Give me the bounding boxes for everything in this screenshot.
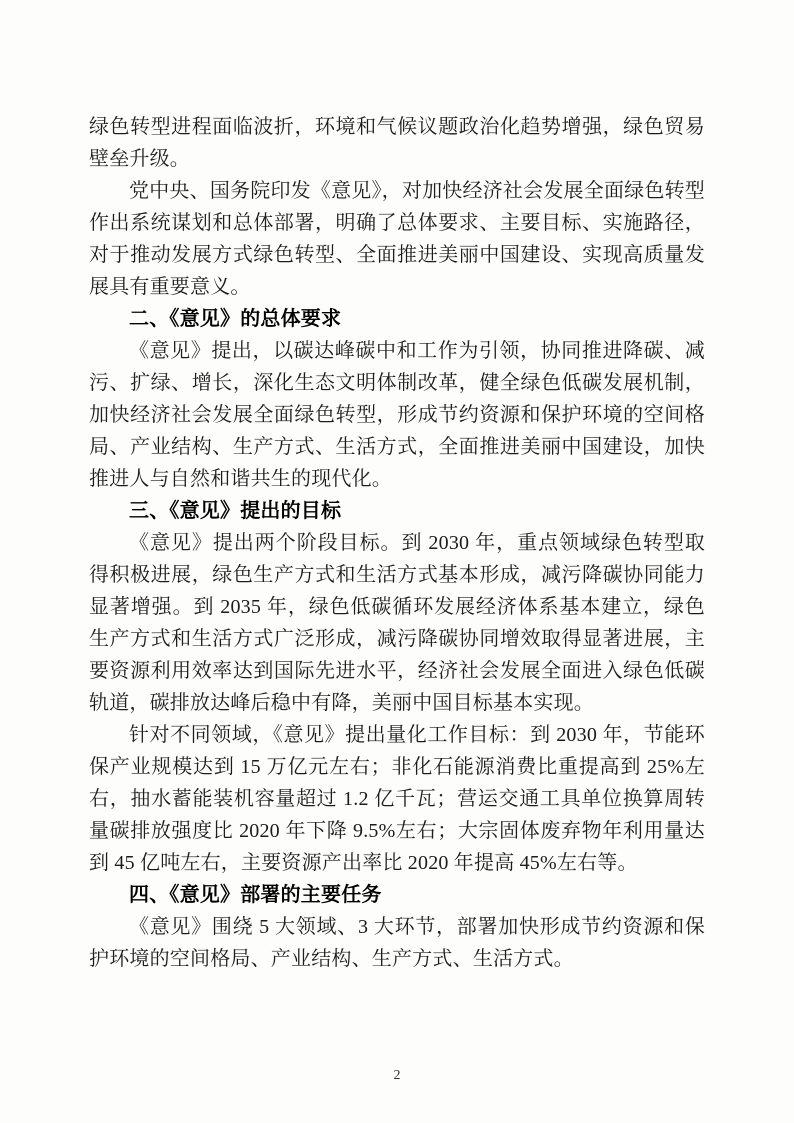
paragraph: 《意见》提出两个阶段目标。到 2030 年，重点领域绿色转型取得积极进展，绿色生… xyxy=(89,527,705,719)
section-heading: 二、《意见》的总体要求 xyxy=(89,303,705,335)
section-heading: 三、《意见》提出的目标 xyxy=(89,495,705,527)
paragraph: 针对不同领域，《意见》提出量化工作目标：到 2030 年，节能环保产业规模达到 … xyxy=(89,719,705,879)
paragraph: 《意见》围绕 5 大领域、3 大环节，部署加快形成节约资源和保护环境的空间格局、… xyxy=(89,911,705,975)
paragraph: 党中央、国务院印发《意见》，对加快经济社会发展全面绿色转型作出系统谋划和总体部署… xyxy=(89,175,705,303)
document-body: 绿色转型进程面临波折，环境和气候议题政治化趋势增强，绿色贸易壁垒升级。党中央、国… xyxy=(89,111,705,975)
page-number: 2 xyxy=(394,1068,401,1083)
section-heading: 四、《意见》部署的主要任务 xyxy=(89,879,705,911)
paragraph: 绿色转型进程面临波折，环境和气候议题政治化趋势增强，绿色贸易壁垒升级。 xyxy=(89,111,705,175)
paragraph: 《意见》提出，以碳达峰碳中和工作为引领，协同推进降碳、减污、扩绿、增长，深化生态… xyxy=(89,335,705,495)
page-footer: 2 xyxy=(0,1066,794,1086)
